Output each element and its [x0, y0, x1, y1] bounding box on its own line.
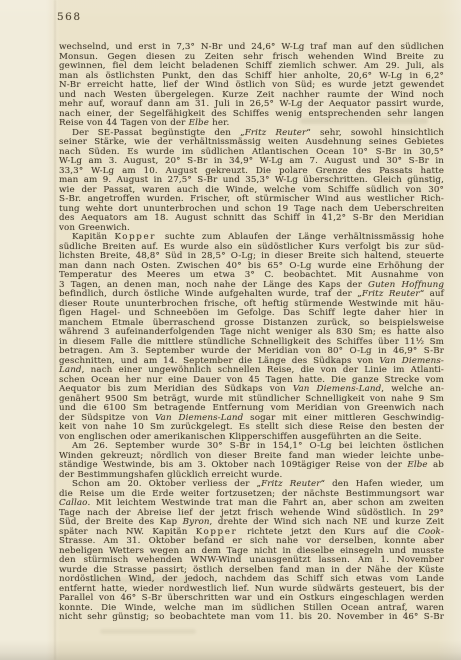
paragraph: Schon am 20. Oktober verliess der „Fritz… [59, 480, 444, 623]
paragraph: wechselnd, und erst in 7,3° N-Br und 24,… [59, 43, 444, 129]
text-block: wechselnd, und erst in 7,3° N-Br und 24,… [59, 43, 444, 623]
show-through-smudge [100, 629, 196, 634]
paragraph: Kapitän Kopper suchte zum Ablaufen der L… [59, 233, 444, 442]
page-number: 568 [57, 11, 82, 23]
paragraph: Der SE-Passat begünstigte den „Fritz Reu… [59, 129, 444, 234]
page-crease [54, 0, 56, 660]
paragraph: Am 26. September wurde 30° S-Br in 154,1… [59, 442, 444, 480]
text-line: nicht sehr günstig; so beobachtete man v… [59, 613, 444, 623]
book-page: 568 wechselnd, und erst in 7,3° N-Br und… [0, 0, 461, 660]
